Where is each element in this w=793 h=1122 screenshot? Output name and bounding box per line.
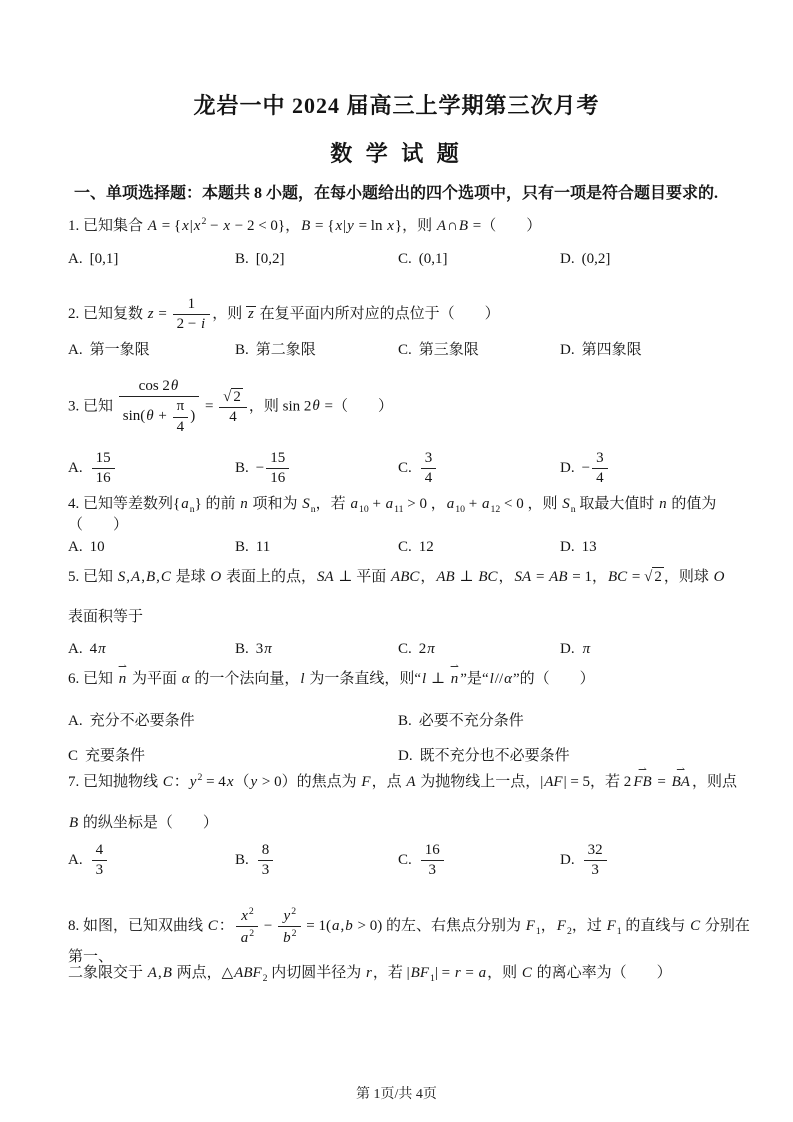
option-label: C.: [398, 539, 412, 555]
option-value: 11: [256, 539, 270, 555]
option-label: A.: [68, 342, 83, 358]
option: A.43: [68, 842, 235, 880]
question-4-text: 4. 已知等差数列{an} 的前 n 项和为 Sn，若 a10 + a11 > …: [68, 495, 757, 535]
question-7-text-line-2: B 的纵坐标是（ ）: [68, 814, 757, 833]
question-3-options: A.1516B.−1516C.34D.−34: [68, 450, 757, 488]
option-value: [0,2]: [256, 251, 285, 267]
option-label: D.: [560, 251, 575, 267]
option: D.第四象限: [560, 341, 757, 360]
option-label: A.: [68, 852, 83, 868]
option-value: 163: [419, 852, 446, 868]
option-value: (0,1]: [419, 251, 448, 267]
option-label: D.: [560, 641, 575, 657]
option: A.1516: [68, 450, 235, 488]
option: D.−34: [560, 450, 757, 488]
option-value: 第四象限: [582, 342, 642, 358]
option-value: 第一象限: [90, 342, 150, 358]
option-label: B.: [235, 251, 249, 267]
question-8-text-line-1: 8. 如图，已知双曲线 C：x2a2 − y2b2 = 1(a,b > 0) 的…: [68, 906, 757, 966]
vector-arrow-icon: ⇀: [118, 662, 127, 673]
option: C充要条件: [68, 747, 398, 766]
option-value: −34: [582, 460, 610, 476]
question-6-text: 6. 已知 ⇀n 为平面 α 的一个法向量，l 为一条直线，则“l ⊥ ⇀n”是…: [68, 670, 757, 689]
question-5-text-line-1: 5. 已知 S,A,B,C 是球 O 表面上的点，SA ⊥ 平面 ABC，AB …: [68, 567, 757, 587]
question-5-options: A.4πB.3πC.2πD.π: [68, 640, 757, 659]
option: A.充分不必要条件: [68, 712, 398, 731]
option-label: D.: [560, 460, 575, 476]
option-label: A.: [68, 641, 83, 657]
exam-title: 龙岩一中 2024 届高三上学期第三次月考: [0, 92, 793, 120]
question-1-options: A.[0,1]B.[0,2]C.(0,1]D.(0,2]: [68, 250, 757, 269]
question-6-options: A.充分不必要条件B.必要不充分条件C充要条件D.既不充分也不必要条件: [68, 712, 757, 766]
option-label: A.: [68, 460, 83, 476]
option: B.必要不充分条件: [398, 712, 757, 731]
question-7-options: A.43B.83C.163D.323: [68, 842, 757, 880]
option-value: 34: [419, 460, 439, 476]
option: A.第一象限: [68, 341, 235, 360]
option-value: 43: [90, 852, 110, 868]
option-value: 第二象限: [256, 342, 316, 358]
option: D.既不充分也不必要条件: [398, 747, 757, 766]
section-1-heading: 一、单项选择题：本题共 8 小题，在每小题给出的四个选项中，只有一项是符合题目要…: [74, 184, 757, 204]
vector-arrow-icon: ⇀: [676, 765, 685, 776]
question-2-text: 2. 已知复数 z = 12 − i，则 z 在复平面内所对应的点位于（ ）: [68, 296, 757, 334]
option-label: D.: [560, 342, 575, 358]
option: B.3π: [235, 640, 398, 659]
option-value: 必要不充分条件: [419, 713, 524, 729]
vector-arrow-icon: ⇀: [450, 662, 459, 673]
option-label: B.: [235, 852, 249, 868]
option-label: A.: [68, 251, 83, 267]
exam-page: 龙岩一中 2024 届高三上学期第三次月考 数 学 试 题 一、单项选择题：本题…: [0, 0, 793, 1122]
option-label: C.: [398, 852, 412, 868]
option: B.[0,2]: [235, 250, 398, 269]
option: C.163: [398, 842, 560, 880]
option: C.(0,1]: [398, 250, 560, 269]
option-label: C.: [398, 251, 412, 267]
option-label: A.: [68, 713, 83, 729]
option-value: 4π: [90, 641, 107, 657]
option: A.[0,1]: [68, 250, 235, 269]
vector-arrow-icon: ⇀: [638, 765, 647, 776]
option-value: 323: [582, 852, 609, 868]
option: B.−1516: [235, 450, 398, 488]
option-label: C: [68, 748, 78, 764]
question-3-text: 3. 已知 cos 2θsin(θ + π4) = √24，则 sin 2θ =…: [68, 378, 757, 436]
option-value: 第三象限: [419, 342, 479, 358]
option-value: 83: [256, 852, 276, 868]
option-value: 12: [419, 539, 434, 555]
option: D.13: [560, 538, 757, 557]
question-2-options: A.第一象限B.第二象限C.第三象限D.第四象限: [68, 341, 757, 360]
option-value: (0,2]: [582, 251, 611, 267]
option-label: D.: [560, 852, 575, 868]
option: A.10: [68, 538, 235, 557]
option-value: −1516: [256, 460, 291, 476]
option: C.第三象限: [398, 341, 560, 360]
option-value: [0,1]: [90, 251, 119, 267]
question-1-text: 1. 已知集合 A = {x|x2 − x − 2 < 0}，B = {x|y …: [68, 216, 757, 236]
option-label: D.: [398, 748, 413, 764]
question-8-text-line-2: 二象限交于 A,B 两点，△ABF2 内切圆半径为 r，若 |BF1| = r …: [68, 964, 757, 985]
option: B.83: [235, 842, 398, 880]
page-footer: 第 1页/共 4页: [0, 1086, 793, 1104]
option: D.(0,2]: [560, 250, 757, 269]
option-value: 既不充分也不必要条件: [420, 748, 570, 764]
option-value: 充要条件: [85, 748, 145, 764]
option-label: C.: [398, 641, 412, 657]
option: B.第二象限: [235, 341, 398, 360]
option-label: B.: [235, 539, 249, 555]
option-value: 3π: [256, 641, 273, 657]
option: B.11: [235, 538, 398, 557]
option: D.π: [560, 640, 757, 659]
option-label: A.: [68, 539, 83, 555]
option: C.34: [398, 450, 560, 488]
option-label: B.: [235, 342, 249, 358]
option-label: C.: [398, 342, 412, 358]
option-label: D.: [560, 539, 575, 555]
option-value: 10: [90, 539, 105, 555]
option: D.323: [560, 842, 757, 880]
exam-subtitle: 数 学 试 题: [0, 140, 793, 168]
option-value: 充分不必要条件: [90, 713, 195, 729]
option: C.2π: [398, 640, 560, 659]
option-label: C.: [398, 460, 412, 476]
question-7-text-line-1: 7. 已知抛物线 C：y2 = 4x（y > 0）的焦点为 F，点 A 为抛物线…: [68, 772, 757, 792]
option-value: 2π: [419, 641, 436, 657]
option: A.4π: [68, 640, 235, 659]
option-label: B.: [235, 641, 249, 657]
option-value: π: [582, 641, 592, 657]
option-value: 1516: [90, 460, 117, 476]
question-5-text-line-2: 表面积等于: [68, 608, 757, 627]
option-label: B.: [235, 460, 249, 476]
option-value: 13: [582, 539, 597, 555]
option-label: B.: [398, 713, 412, 729]
option: C.12: [398, 538, 560, 557]
question-4-options: A.10B.11C.12D.13: [68, 538, 757, 557]
